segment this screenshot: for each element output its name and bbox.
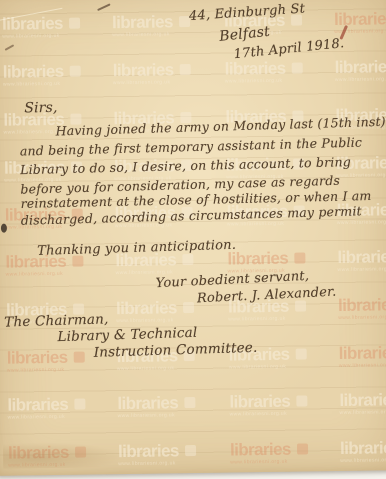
libraries-ni-watermark: librarieswww.librariesni.org.uk [339,391,386,416]
libraries-ni-logo-mark [69,66,80,77]
libraries-ni-logo-mark [291,62,302,73]
watermark-wordmark: libraries [3,63,64,81]
libraries-ni-watermark: librarieswww.librariesni.org.uk [117,394,221,419]
libraries-ni-watermark: librarieswww.librariesni.org.uk [7,395,111,420]
watermark-wordmark: libraries [117,394,178,412]
thanks-line: Thanking you in anticipation. [37,238,236,259]
paper-crease [0,8,62,22]
libraries-ni-watermark: librarieswww.librariesni.org.uk [225,59,329,84]
watermark-wordmark: libraries [338,296,386,314]
letter-paper: librarieswww.librariesni.org.uklibraries… [0,0,386,476]
watermark-url: www.librariesni.org.uk [228,316,332,322]
salutation: Sirs, [24,100,58,116]
watermark-url: www.librariesni.org.uk [118,413,222,419]
ink-blot [1,224,7,233]
libraries-ni-logo-mark [74,399,85,410]
watermark-url: www.librariesni.org.uk [227,221,331,227]
pen-slash-mark [5,44,15,51]
watermark-wordmark: libraries [229,393,290,411]
watermark-url: www.librariesni.org.uk [7,367,111,373]
watermark-url: www.librariesni.org.uk [118,461,222,467]
watermark-wordmark: libraries [334,10,386,28]
watermark-url: www.librariesni.org.uk [229,364,333,370]
watermark-wordmark: libraries [230,441,291,459]
paper-smudge [3,441,123,469]
watermark-url: www.librariesni.org.uk [336,173,386,179]
sender-address-line: 44, Edinburgh St [189,1,306,24]
watermark-url: www.librariesni.org.uk [230,459,334,465]
libraries-ni-logo-mark [183,302,194,313]
libraries-ni-logo-mark [179,64,190,75]
watermark-wordmark: libraries [339,391,386,409]
watermark-url: www.librariesni.org.uk [6,271,110,277]
watermark-url: www.librariesni.org.uk [3,81,107,87]
libraries-ni-watermark: librarieswww.librariesni.org.uk [230,440,334,465]
watermark-url: www.librariesni.org.uk [225,78,329,84]
libraries-ni-logo-mark [73,352,84,363]
libraries-ni-watermark: librarieswww.librariesni.org.uk [3,62,107,87]
city-line: Belfast [219,24,271,45]
watermark-url: www.librariesni.org.uk [339,363,386,369]
watermark-url: www.librariesni.org.uk [117,366,221,372]
libraries-ni-logo-mark [69,18,80,29]
watermark-url: www.librariesni.org.uk [112,32,216,38]
watermark-url: www.librariesni.org.uk [335,77,386,83]
libraries-ni-watermark: librarieswww.librariesni.org.uk [338,296,386,321]
watermark-url: www.librariesni.org.uk [338,267,386,273]
libraries-ni-logo-mark [294,252,305,263]
watermark-wordmark: libraries [335,58,386,76]
letter-content: librarieswww.librariesni.org.uklibraries… [0,0,386,479]
libraries-ni-watermark: librarieswww.librariesni.org.uk [2,14,106,39]
watermark-url: www.librariesni.org.uk [340,458,386,464]
watermark-wordmark: libraries [112,13,173,31]
watermark-wordmark: libraries [118,442,179,460]
watermark-wordmark: libraries [225,60,286,78]
watermark-url: www.librariesni.org.uk [8,414,112,420]
libraries-ni-logo-mark [184,397,195,408]
libraries-ni-watermark: librarieswww.librariesni.org.uk [335,58,386,83]
watermark-url: www.librariesni.org.uk [2,33,106,39]
libraries-ni-logo-mark [295,348,306,359]
watermark-url: www.librariesni.org.uk [116,318,220,324]
libraries-ni-logo-mark [297,443,308,454]
libraries-ni-logo-mark [295,300,306,311]
watermark-url: www.librariesni.org.uk [337,220,386,226]
watermark-url: www.librariesni.org.uk [230,411,334,417]
watermark-wordmark: libraries [339,344,386,362]
watermark-wordmark: libraries [116,299,177,317]
libraries-ni-logo-mark [182,254,193,265]
letter-scan: librarieswww.librariesni.org.uklibraries… [0,0,386,479]
watermark-wordmark: libraries [7,349,68,367]
watermark-wordmark: libraries [7,396,68,414]
watermark-wordmark: libraries [113,61,174,79]
libraries-ni-watermark: librarieswww.librariesni.org.uk [118,442,222,467]
watermark-url: www.librariesni.org.uk [340,410,386,416]
watermark-wordmark: libraries [340,439,386,457]
libraries-ni-logo-mark [185,445,196,456]
libraries-ni-watermark: librarieswww.librariesni.org.uk [340,439,386,464]
libraries-ni-watermark: librarieswww.librariesni.org.uk [229,392,333,417]
pen-slash-mark [97,3,111,11]
libraries-ni-logo-mark [296,395,307,406]
watermark-url: www.librariesni.org.uk [113,80,217,86]
watermark-url: www.librariesni.org.uk [338,315,386,321]
libraries-ni-watermark: librarieswww.librariesni.org.uk [339,344,386,369]
watermark-wordmark: libraries [337,248,386,266]
libraries-ni-watermark: librarieswww.librariesni.org.uk [337,248,386,273]
libraries-ni-watermark: librarieswww.librariesni.org.uk [113,61,217,86]
